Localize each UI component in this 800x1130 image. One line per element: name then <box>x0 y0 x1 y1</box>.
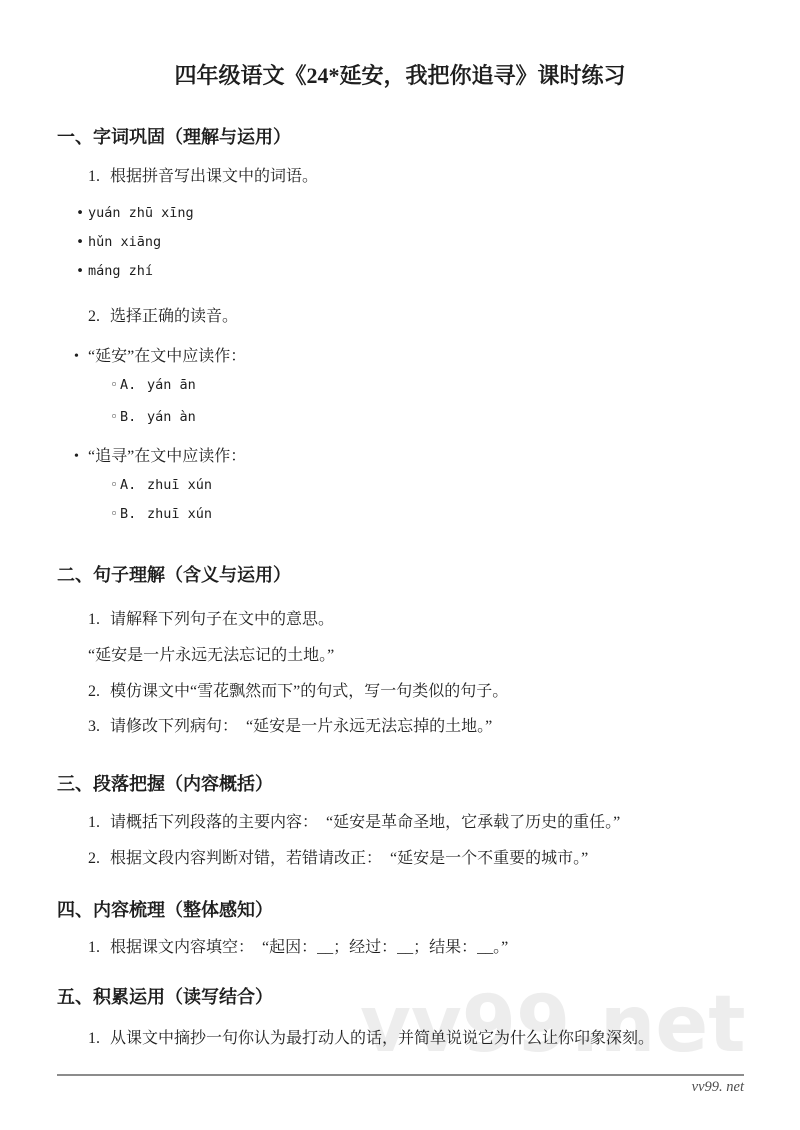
worksheet-item: 1.从课文中摘抄一句你认为最打动人的话，并简单说说它为什么让你印象深刻。 <box>88 1028 743 1049</box>
page-title: 四年级语文《24*延安，我把你追寻》课时练习 <box>57 62 743 90</box>
question-prompt: “追寻”在文中应读作： <box>88 446 743 467</box>
option-label: A. <box>120 475 147 495</box>
question-prompt: “延安”在文中应读作： <box>88 346 743 367</box>
worksheet-item: 1.请解释下列句子在文中的意思。 <box>88 609 743 630</box>
worksheet-item: 1.根据课文内容填空： “起因：__；经过：__；结果：__。” <box>88 937 743 958</box>
item-text: 根据文段内容判断对错，若错请改正： “延安是一个不重要的城市。” <box>110 850 588 867</box>
item-text: 根据课文内容填空： “起因：__；经过：__；结果：__。” <box>110 939 508 956</box>
item-number: 3. <box>88 716 110 737</box>
item-number: 1. <box>88 812 110 833</box>
pinyin-list-item: máng zhí <box>88 261 743 281</box>
item-number: 1. <box>88 937 110 958</box>
option-label: B. <box>120 504 147 524</box>
footer-site-text: vv99. net <box>692 1079 744 1096</box>
item-number: 1. <box>88 609 110 630</box>
item-number: 2. <box>88 848 110 869</box>
worksheet-item: 3.请修改下列病句： “延安是一片永远无法忘掉的土地。” <box>88 716 743 737</box>
item-number: 2. <box>88 681 110 702</box>
section-2-heading: 二、句子理解（含义与运用） <box>57 563 743 587</box>
item-text: 请解释下列句子在文中的意思。 <box>110 611 334 628</box>
option-item: A.zhuī xún <box>120 475 743 495</box>
item-text: 模仿课文中“雪花飘然而下”的句式，写一句类似的句子。 <box>110 683 508 700</box>
option-text: zhuī xún <box>147 506 212 522</box>
worksheet-item: 2.模仿课文中“雪花飘然而下”的句式，写一句类似的句子。 <box>88 681 743 702</box>
option-item: B.yán àn <box>120 407 743 427</box>
worksheet-item: 1.请概括下列段落的主要内容： “延安是革命圣地，它承载了历史的重任。” <box>88 812 743 833</box>
item-text: 请概括下列段落的主要内容： “延安是革命圣地，它承载了历史的重任。” <box>110 814 620 831</box>
item-number: 1. <box>88 1028 110 1049</box>
item-text: 选择正确的读音。 <box>110 308 238 325</box>
section-4-heading: 四、内容梳理（整体感知） <box>57 898 743 922</box>
worksheet-item: 2.选择正确的读音。 <box>88 306 743 327</box>
worksheet-content: 四年级语文《24*延安，我把你追寻》课时练习 一、字词巩固（理解与运用） 1.根… <box>0 0 800 1049</box>
item-number: 2. <box>88 306 110 327</box>
option-text: yán àn <box>147 409 196 425</box>
option-text: yán ān <box>147 377 196 393</box>
option-item: A.yán ān <box>120 375 743 395</box>
item-number: 1. <box>88 166 110 187</box>
pinyin-list-item: hǔn xiāng <box>88 232 743 252</box>
worksheet-item: 1.根据拼音写出课文中的词语。 <box>88 166 743 187</box>
section-3-heading: 三、段落把握（内容概括） <box>57 772 743 796</box>
quoted-sentence: “延安是一片永远无法忘记的土地。” <box>88 645 743 666</box>
option-text: zhuī xún <box>147 477 212 493</box>
item-text: 从课文中摘抄一句你认为最打动人的话，并简单说说它为什么让你印象深刻。 <box>110 1030 654 1047</box>
item-text: 根据拼音写出课文中的词语。 <box>110 168 318 185</box>
option-item: B.zhuī xún <box>120 504 743 524</box>
footer-divider <box>57 1074 744 1076</box>
worksheet-page: vv99.net 四年级语文《24*延安，我把你追寻》课时练习 一、字词巩固（理… <box>0 0 800 1130</box>
worksheet-item: 2.根据文段内容判断对错，若错请改正： “延安是一个不重要的城市。” <box>88 848 743 869</box>
option-label: B. <box>120 407 147 427</box>
item-text: 请修改下列病句： “延安是一片永远无法忘掉的土地。” <box>110 718 492 735</box>
section-5-heading: 五、积累运用（读写结合） <box>57 985 743 1009</box>
pinyin-list-item: yuán zhū xīng <box>88 203 743 223</box>
option-label: A. <box>120 375 147 395</box>
section-1-heading: 一、字词巩固（理解与运用） <box>57 125 743 149</box>
